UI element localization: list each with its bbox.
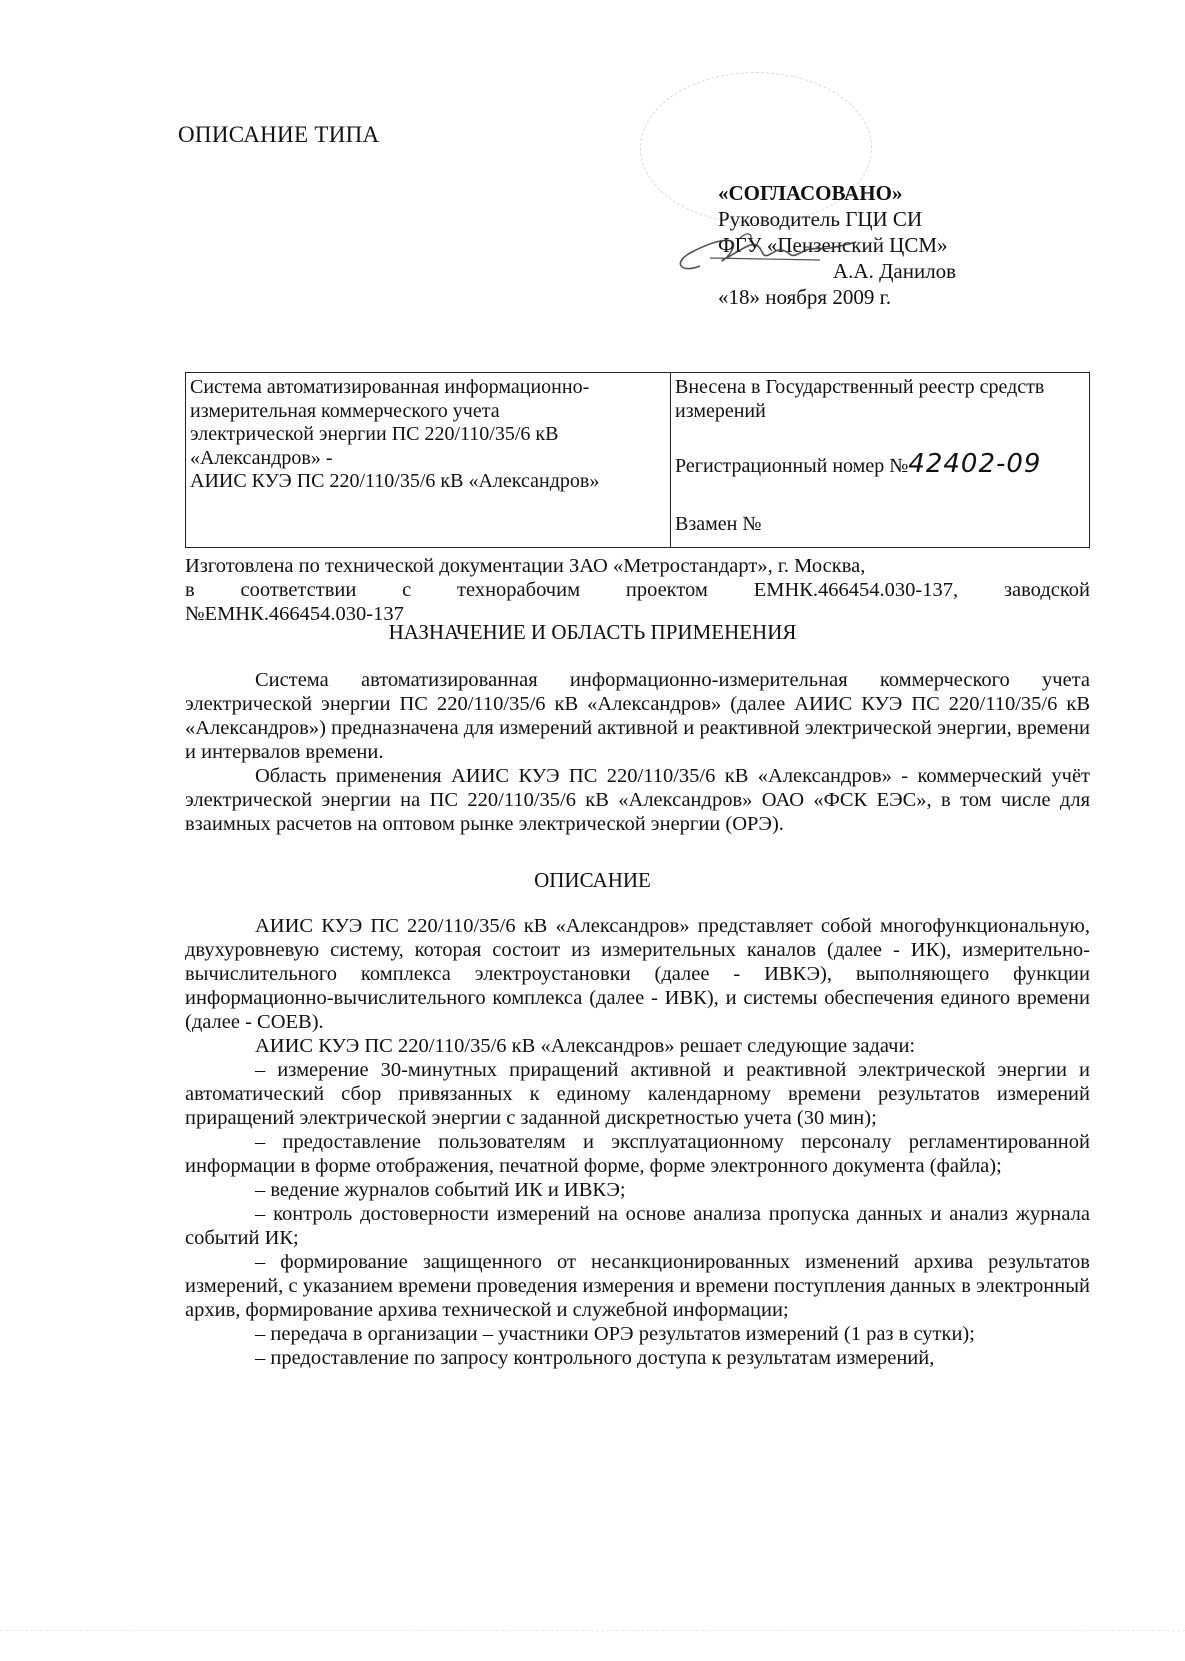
scan-edge-artifact (0, 1630, 1185, 1633)
registration-number-row: Регистрационный номер №42402-09 (675, 453, 1041, 479)
task-item: – предоставление по запросу контрольного… (185, 1346, 1090, 1370)
section-heading-description: ОПИСАНИЕ (0, 868, 1185, 893)
registry-statement: Внесена в Государственный реестр средств (675, 376, 1085, 400)
document-type-heading: ОПИСАНИЕ ТИПА (178, 122, 379, 147)
system-name-line: электрической энергии ПС 220/110/35/6 кВ (190, 423, 666, 447)
task-item: – измерение 30-минутных приращений актив… (185, 1058, 1090, 1130)
section-heading-purpose: НАЗНАЧЕНИЕ И ОБЛАСТЬ ПРИМЕНЕНИЯ (0, 620, 1185, 645)
task-item: – предоставление пользователям и эксплуа… (185, 1130, 1090, 1178)
purpose-paragraph: Система автоматизированная информационно… (185, 668, 1090, 764)
description-section-body: АИИС КУЭ ПС 220/110/35/6 кВ «Александров… (185, 914, 1090, 1370)
task-item: – формирование защищенного от несанкцион… (185, 1250, 1090, 1322)
task-item: – передача в организации – участники ОРЭ… (185, 1322, 1090, 1346)
tasks-intro: АИИС КУЭ ПС 220/110/35/6 кВ «Александров… (185, 1034, 1090, 1058)
scope-paragraph: Область применения АИИС КУЭ ПС 220/110/3… (185, 764, 1090, 836)
registry-statement-cont: измерений (675, 400, 1085, 424)
manufacture-line: Изготовлена по технической документации … (185, 554, 1090, 578)
task-item: – ведение журналов событий ИК и ИВКЭ; (185, 1178, 1090, 1202)
signature-icon (670, 228, 860, 280)
manufacture-line: в соответствии с технорабочим проектом Е… (185, 578, 1090, 602)
approval-date: «18» ноября 2009 г. (718, 284, 956, 310)
registry-table: Система автоматизированная информационно… (185, 372, 1090, 548)
registration-number-label: Регистрационный номер № (675, 455, 908, 477)
system-name-line: измерительная коммерческого учета (190, 400, 666, 424)
task-item: – контроль достоверности измерений на ос… (185, 1202, 1090, 1250)
system-name-line: АИИС КУЭ ПС 220/110/35/6 кВ «Александров… (190, 470, 666, 494)
system-name-line: «Александров» - (190, 447, 666, 471)
purpose-section-body: Система автоматизированная информационно… (185, 668, 1090, 836)
registry-info-cell: Внесена в Государственный реестр средств… (671, 373, 1089, 547)
replacement-number-label: Взамен № (675, 513, 761, 537)
registration-number-value: 42402-09 (908, 449, 1041, 479)
system-name-line: Система автоматизированная информационно… (190, 376, 666, 400)
description-paragraph: АИИС КУЭ ПС 220/110/35/6 кВ «Александров… (185, 914, 1090, 1034)
system-name-cell: Система автоматизированная информационно… (186, 373, 671, 547)
approval-title: «СОГЛАСОВАНО» (718, 180, 956, 206)
manufacture-info: Изготовлена по технической документации … (185, 554, 1090, 626)
